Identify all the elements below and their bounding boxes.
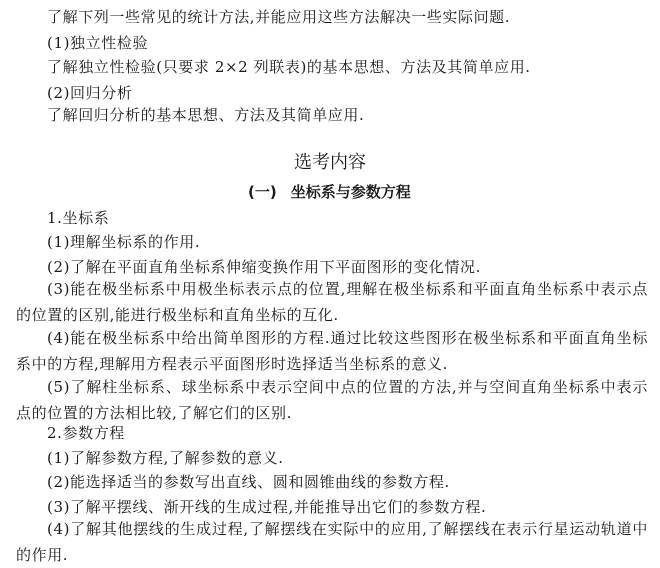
- subtitle-text: 坐标系与参数方程: [291, 183, 411, 201]
- section-subtitle: (一)坐标系与参数方程: [248, 181, 411, 203]
- section-title: 选考内容: [0, 151, 660, 175]
- parametric-item-4: (4)了解其他摆线的生成过程,了解摆线在实际中的应用,了解摆线在表示行星运动轨道…: [16, 516, 648, 568]
- coordinate-item-1: (1)理解坐标系的作用.: [47, 230, 647, 254]
- independence-test-heading: (1)独立性检验: [47, 31, 647, 55]
- parametric-equations-heading: 2.参数方程: [47, 421, 647, 445]
- coordinate-item-5: (5)了解柱坐标系、球坐标系中表示空间中点的位置的方法,并与空间直角坐标系中表示…: [16, 374, 648, 426]
- parametric-item-1: (1)了解参数方程,了解参数的意义.: [47, 446, 647, 470]
- subtitle-number: (一): [248, 183, 277, 201]
- coordinate-system-heading: 1.坐标系: [47, 206, 647, 230]
- independence-test-text: 了解独立性检验(只要求 2×2 列联表)的基本思想、方法及其简单应用.: [47, 55, 647, 79]
- coordinate-item-3: (3)能在极坐标系中用极坐标表示点的位置,理解在极坐标系和平面直角坐标系中表示点…: [16, 276, 648, 328]
- regression-analysis-heading: (2)回归分析: [47, 81, 647, 105]
- coordinate-item-4: (4)能在极坐标系中给出简单图形的方程.通过比较这些图形在极坐标系和平面直角坐标…: [16, 325, 648, 377]
- parametric-item-2: (2)能选择适当的参数写出直线、圆和圆锥曲线的参数方程.: [47, 470, 647, 494]
- regression-analysis-text: 了解回归分析的基本思想、方法及其简单应用.: [47, 103, 647, 127]
- intro-statement: 了解下列一些常见的统计方法,并能应用这些方法解决一些实际问题.: [47, 5, 647, 29]
